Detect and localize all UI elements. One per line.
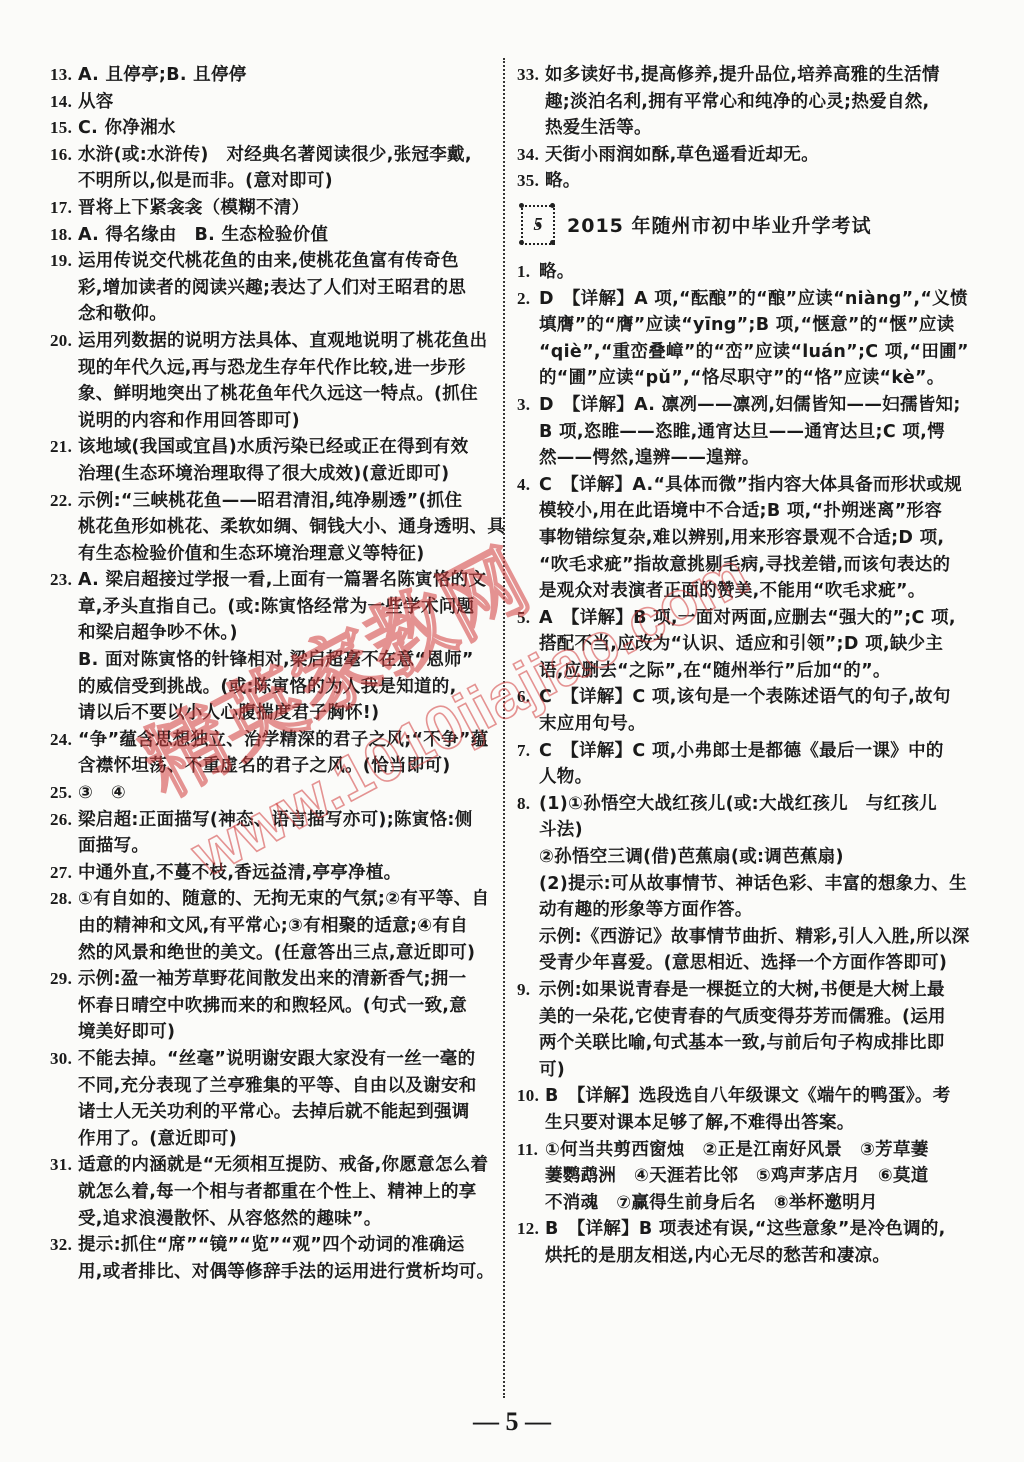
answer-text-line: 示例:《西游记》故事情节曲折、精彩,引人入胜,所以深 — [539, 924, 979, 951]
answer-number: 34. — [517, 142, 539, 169]
answer-number: 35. — [517, 168, 539, 195]
answer-text-line: A. 梁启超接过学报一看,上面有一篇署名陈寅恪的文 — [78, 567, 490, 594]
answer-text-line: 象、鲜明地突出了桃花鱼年代久远这一特点。(抓住 — [78, 381, 490, 408]
answer-text-line: 受,追求浪漫散怀、从容悠然的趣味”。 — [78, 1206, 490, 1233]
answer-text-line: 示例:“三峡桃花鱼——昭君清泪,纯净剔透”(抓住 — [78, 488, 490, 515]
answer-text-line: 水浒(或:水浒传) 对经典名著阅读很少,张冠李戴, — [78, 142, 490, 169]
answer-number: 4. — [517, 472, 530, 499]
answer-text-line: 搭配不当,应改为“认识、适应和引领”;D 项,缺少主 — [539, 631, 979, 658]
section-number: 5 — [534, 214, 543, 235]
answer-text-line: 趣;淡泊名利,拥有平常心和纯净的心灵;热爱自然, — [545, 89, 979, 116]
answer-text-line: 桃花鱼形如桃花、柔软如绸、铜钱大小、通身透明、具 — [78, 514, 490, 541]
answer-number: 27. — [50, 860, 72, 887]
answer-item: 9.示例:如果说青春是一棵挺立的大树,书便是大树上最美的一朵花,它使青春的气质变… — [517, 977, 979, 1083]
answer-text-line: 提示:抓住“席”“镜”“览”“观”四个动词的准确运 — [78, 1232, 490, 1259]
answer-text-line: 不能去掉。“丝毫”说明谢安跟大家没有一丝一毫的 — [78, 1046, 490, 1073]
answer-text-line: 和梁启超争吵不休。) — [78, 620, 490, 647]
answer-item: 11.①何当共剪西窗烛 ②正是江南好风景 ③芳草萋萋鹦鹉洲 ④天涯若比邻 ⑤鸡声… — [517, 1137, 979, 1217]
answer-text-line: B 项,恣睢——恣睢,通宵达旦——通宵达旦;C 项,愕 — [539, 419, 979, 446]
answer-number: 14. — [50, 89, 72, 116]
right-column-answers-top: 33.如多读好书,提高修养,提升品位,培养高雅的生活情趣;淡泊名利,拥有平常心和… — [517, 62, 979, 195]
answer-text-line: B. 面对陈寅恪的针锋相对,梁启超毫不在意“恩师” — [78, 647, 490, 674]
answer-text-line: 诸士人无关功利的平常心。去掉后就不能起到强调 — [78, 1099, 490, 1126]
answer-text-line: 略。 — [545, 168, 979, 195]
answer-item: 10.B 【详解】选段选自八年级课文《端午的鸭蛋》。考生只要对课本足够了解,不难… — [517, 1083, 979, 1136]
answer-text-line: ③ ④ — [78, 780, 490, 807]
answer-item: 16.水浒(或:水浒传) 对经典名著阅读很少,张冠李戴,不明所以,似是而非。(意… — [50, 142, 490, 195]
answer-text-line: C 【详解】C 项,小弗郎士是都德《最后一课》中的 — [539, 738, 979, 765]
right-column: 33.如多读好书,提高修养,提升品位,培养高雅的生活情趣;淡泊名利,拥有平常心和… — [517, 62, 979, 1270]
answer-number: 31. — [50, 1152, 72, 1179]
left-column: 13.A. 且停亭;B. 且停停14.从容15.C. 你净湘水16.水浒(或:水… — [50, 62, 490, 1285]
right-column-answers-bottom: 1.略。2.D 【详解】A 项,“酝酿”的“酿”应读“niàng”,“义愤填膺”… — [517, 259, 979, 1270]
answer-item: 29.示例:盈一袖芳草野花间散发出来的清新香气;拥一怀春日晴空中吹拂而来的和煦轻… — [50, 966, 490, 1046]
answer-item: 6.C 【详解】C 项,该句是一个表陈述语气的句子,故句末应用句号。 — [517, 684, 979, 737]
answer-text-line: A. 得名缘由 B. 生态检验价值 — [78, 222, 490, 249]
answer-item: 12.B 【详解】B 项表述有误,“这些意象”是冷色调的,烘托的是朋友相送,内心… — [517, 1216, 979, 1269]
answer-item: 27.中通外直,不蔓不枝,香远益清,亭亭净植。 — [50, 860, 490, 887]
answer-number: 33. — [517, 62, 539, 89]
answer-text-line: 适意的内涵就是“无须相互提防、戒备,你愿意怎么着 — [78, 1152, 490, 1179]
answer-text-line: 运用传说交代桃花鱼的由来,使桃花鱼富有传奇色 — [78, 248, 490, 275]
answer-text-line: 热爱生活等。 — [545, 115, 979, 142]
answer-item: 7.C 【详解】C 项,小弗郎士是都德《最后一课》中的人物。 — [517, 738, 979, 791]
answer-text-line: 事物错综复杂,难以辨别,用来形容景观不合适;D 项, — [539, 525, 979, 552]
answer-number: 26. — [50, 807, 72, 834]
answer-text-line: 有生态检验价值和生态环境治理意义等特征) — [78, 541, 490, 568]
answer-text-line: C 【详解】C 项,该句是一个表陈述语气的句子,故句 — [539, 684, 979, 711]
answer-text-line: 彩,增加读者的阅读兴趣;表达了人们对王昭君的思 — [78, 275, 490, 302]
answer-text-line: 不明所以,似是而非。(意对即可) — [78, 168, 490, 195]
answer-text-line: D 【详解】A 项,“酝酿”的“酿”应读“niàng”,“义愤 — [539, 286, 979, 313]
answer-item: 33.如多读好书,提高修养,提升品位,培养高雅的生活情趣;淡泊名利,拥有平常心和… — [517, 62, 979, 142]
answer-text-line: 现的年代久远,再与恐龙生存年代作比较,进一步形 — [78, 355, 490, 382]
answer-text-line: 萋鹦鹉洲 ④天涯若比邻 ⑤鸡声茅店月 ⑥莫道 — [545, 1163, 979, 1190]
answer-text-line: 两个关联比喻,句式基本一致,与前后句子构成排比即 — [539, 1030, 979, 1057]
section-number-badge: 5 — [521, 205, 555, 245]
answer-number: 23. — [50, 567, 72, 594]
answer-text-line: 模较小,用在此语境中不合适;B 项,“扑朔迷离”形容 — [539, 498, 979, 525]
answer-number: 6. — [517, 684, 530, 711]
answer-text-line: B 【详解】B 项表述有误,“这些意象”是冷色调的, — [545, 1216, 979, 1243]
answer-text-line: 人物。 — [539, 764, 979, 791]
answer-item: 20.运用列数据的说明方法具体、直观地说明了桃花鱼出现的年代久远,再与恐龙生存年… — [50, 328, 490, 434]
answer-text-line: 不消魂 ⑦赢得生前身后名 ⑧举杯邀明月 — [545, 1190, 979, 1217]
answer-text-line: 然的风景和绝世的美文。(任意答出三点,意近即可) — [78, 940, 490, 967]
answer-number: 17. — [50, 195, 72, 222]
answer-text-line: “争”蕴含思想独立、治学精深的君子之风;“不争”蕴 — [78, 727, 490, 754]
answer-item: 34.天街小雨润如酥,草色遥看近却无。 — [517, 142, 979, 169]
section-heading: 5 2015 年随州市初中毕业升学考试 — [517, 203, 979, 247]
answer-number: 24. — [50, 727, 72, 754]
answer-number: 20. — [50, 328, 72, 355]
answer-text-line: C 【详解】A.“具体而微”指内容大体具备而形状或规 — [539, 472, 979, 499]
answer-number: 5. — [517, 605, 530, 632]
answer-item: 17.晋将上下紧衾衾（模糊不清） — [50, 195, 490, 222]
answer-text-line: ①何当共剪西窗烛 ②正是江南好风景 ③芳草萋 — [545, 1137, 979, 1164]
answer-text-line: 中通外直,不蔓不枝,香远益清,亭亭净植。 — [78, 860, 490, 887]
answer-item: 28.①有自如的、随意的、无拘无束的气氛;②有平等、自由的精神和文风,有平常心;… — [50, 886, 490, 966]
answer-item: 35.略。 — [517, 168, 979, 195]
answer-text-line: 如多读好书,提高修养,提升品位,培养高雅的生活情 — [545, 62, 979, 89]
answer-text-line: B 【详解】选段选自八年级课文《端午的鸭蛋》。考 — [545, 1083, 979, 1110]
answer-text-line: 语,应删去“之际”,在“随州举行”后加“的”。 — [539, 658, 979, 685]
answer-number: 32. — [50, 1232, 72, 1259]
answer-item: 22.示例:“三峡桃花鱼——昭君清泪,纯净剔透”(抓住桃花鱼形如桃花、柔软如绸、… — [50, 488, 490, 568]
answer-text-line: 面描写。 — [78, 833, 490, 860]
answer-text-line: “qiè”,“重峦叠嶂”的“峦”应读“luán”;C 项,“田圃” — [539, 339, 979, 366]
answer-number: 21. — [50, 434, 72, 461]
answer-text-line: A 【详解】B 项,一面对两面,应删去“强大的”;C 项, — [539, 605, 979, 632]
answer-item: 2.D 【详解】A 项,“酝酿”的“酿”应读“niàng”,“义愤填膺”的“膺”… — [517, 286, 979, 392]
answer-number: 18. — [50, 222, 72, 249]
answer-text-line: 从容 — [78, 89, 490, 116]
answer-text-line: A. 且停亭;B. 且停停 — [78, 62, 490, 89]
answer-text-line: 梁启超:正面描写(神态、语言描写亦可);陈寅恪:侧 — [78, 807, 490, 834]
answer-text-line: 动有趣的形象等方面作答。 — [539, 897, 979, 924]
answer-text-line: 的威信受到挑战。(或:陈寅恪的为人我是知道的, — [78, 674, 490, 701]
answer-text-line: 末应用句号。 — [539, 711, 979, 738]
answer-item: 19.运用传说交代桃花鱼的由来,使桃花鱼富有传奇色彩,增加读者的阅读兴趣;表达了… — [50, 248, 490, 328]
answer-number: 12. — [517, 1216, 539, 1243]
answer-text-line: 就怎么着,每一个相与者都重在个性上、精神上的享 — [78, 1179, 490, 1206]
answer-text-line: 境美好即可) — [78, 1019, 490, 1046]
answer-number: 9. — [517, 977, 530, 1004]
answer-text-line: 章,矛头直指自己。(或:陈寅恪经常为一些学术问题 — [78, 594, 490, 621]
answer-number: 13. — [50, 62, 72, 89]
answer-text-line: D 【详解】A. 凛冽——凛冽,妇儒皆知——妇孺皆知; — [539, 392, 979, 419]
answer-item: 13.A. 且停亭;B. 且停停 — [50, 62, 490, 89]
answer-text-line: 请以后不要以小人心腹揣度君子胸怀!) — [78, 700, 490, 727]
answer-text-line: (2)提示:可从故事情节、神话色彩、丰富的想象力、生 — [539, 871, 979, 898]
answer-text-line: 的“圃”应读“pǔ”,“恪尽职守”的“恪”应读“kè”。 — [539, 365, 979, 392]
answer-text-line: 不同,充分表现了兰亭雅集的平等、自由以及谢安和 — [78, 1073, 490, 1100]
answer-item: 30.不能去掉。“丝毫”说明谢安跟大家没有一丝一毫的不同,充分表现了兰亭雅集的平… — [50, 1046, 490, 1152]
answer-text-line: (1)①孙悟空大战红孩儿(或:大战红孩儿 与红孩儿 — [539, 791, 979, 818]
answer-text-line: ②孙悟空三调(借)芭蕉扇(或:调芭蕉扇) — [539, 844, 979, 871]
answer-text-line: 斗法) — [539, 817, 979, 844]
answer-item: 23.A. 梁启超接过学报一看,上面有一篇署名陈寅恪的文章,矛头直指自己。(或:… — [50, 567, 490, 727]
answer-text-line: 作用了。(意近即可) — [78, 1126, 490, 1153]
answer-number: 11. — [517, 1137, 538, 1164]
answer-item: 26.梁启超:正面描写(神态、语言描写亦可);陈寅恪:侧面描写。 — [50, 807, 490, 860]
answer-number: 29. — [50, 966, 72, 993]
answer-text-line: 示例:盈一袖芳草野花间散发出来的清新香气;拥一 — [78, 966, 490, 993]
answer-number: 19. — [50, 248, 72, 275]
answer-text-line: 略。 — [539, 259, 979, 286]
answer-item: 31.适意的内涵就是“无须相互提防、戒备,你愿意怎么着就怎么着,每一个相与者都重… — [50, 1152, 490, 1232]
answer-item: 4.C 【详解】A.“具体而微”指内容大体具备而形状或规模较小,用在此语境中不合… — [517, 472, 979, 605]
answer-number: 15. — [50, 115, 72, 142]
answer-text-line: 晋将上下紧衾衾（模糊不清） — [78, 195, 490, 222]
page-number: — 5 — — [0, 1407, 1024, 1437]
answer-item: 3.D 【详解】A. 凛冽——凛冽,妇儒皆知——妇孺皆知;B 项,恣睢——恣睢,… — [517, 392, 979, 472]
answer-number: 16. — [50, 142, 72, 169]
answer-text-line: 美的一朵花,它使青春的气质变得芬芳而儒雅。(运用 — [539, 1004, 979, 1031]
answer-text-line: “吹毛求疵”指故意挑剔毛病,寻找差错,而该句表达的 — [539, 552, 979, 579]
answer-number: 22. — [50, 488, 72, 515]
answer-text-line: 念和敬仰。 — [78, 301, 490, 328]
answer-text-line: 用,或者排比、对偶等修辞手法的运用进行赏析均可。 — [78, 1259, 490, 1286]
answer-item: 15.C. 你净湘水 — [50, 115, 490, 142]
answer-item: 5.A 【详解】B 项,一面对两面,应删去“强大的”;C 项,搭配不当,应改为“… — [517, 605, 979, 685]
answer-text-line: 治理(生态环境治理取得了很大成效)(意近即可) — [78, 461, 490, 488]
answer-text-line: 示例:如果说青春是一棵挺立的大树,书便是大树上最 — [539, 977, 979, 1004]
answer-text-line: 运用列数据的说明方法具体、直观地说明了桃花鱼出 — [78, 328, 490, 355]
answer-text-line: 然——愕然,遑辨——遑辩。 — [539, 445, 979, 472]
answer-number: 2. — [517, 286, 530, 313]
answer-number: 1. — [517, 259, 530, 286]
answer-key-page: 13.A. 且停亭;B. 且停停14.从容15.C. 你净湘水16.水浒(或:水… — [0, 0, 1024, 1462]
answer-number: 8. — [517, 791, 530, 818]
answer-text-line: 填膺”的“膺”应读“yīng”;B 项,“惬意”的“惬”应读 — [539, 312, 979, 339]
answer-item: 21.该地域(我国或宜昌)水质污染已经或正在得到有效治理(生态环境治理取得了很大… — [50, 434, 490, 487]
answer-item: 14.从容 — [50, 89, 490, 116]
answer-number: 3. — [517, 392, 530, 419]
answer-number: 10. — [517, 1083, 539, 1110]
answer-item: 24.“争”蕴含思想独立、治学精深的君子之风;“不争”蕴含襟怀坦荡、不重虚名的君… — [50, 727, 490, 780]
answer-text-line: 含襟怀坦荡、不重虚名的君子之风。(恰当即可) — [78, 753, 490, 780]
answer-text-line: 该地域(我国或宜昌)水质污染已经或正在得到有效 — [78, 434, 490, 461]
answer-item: 1.略。 — [517, 259, 979, 286]
answer-text-line: 烘托的是朋友相送,内心无尽的愁苦和凄凉。 — [545, 1243, 979, 1270]
answer-item: 18.A. 得名缘由 B. 生态检验价值 — [50, 222, 490, 249]
answer-text-line: 可) — [539, 1057, 979, 1084]
answer-text-line: 生只要对课本足够了解,不难得出答案。 — [545, 1110, 979, 1137]
answer-number: 28. — [50, 886, 72, 913]
answer-text-line: 天街小雨润如酥,草色遥看近却无。 — [545, 142, 979, 169]
answer-number: 30. — [50, 1046, 72, 1073]
answer-item: 32.提示:抓住“席”“镜”“览”“观”四个动词的准确运用,或者排比、对偶等修辞… — [50, 1232, 490, 1285]
column-divider — [503, 58, 505, 1398]
answer-text-line: 怀春日晴空中吹拂而来的和煦轻风。(句式一致,意 — [78, 993, 490, 1020]
answer-text-line: 是观众对表演者正面的赞美,不能用“吹毛求疵”。 — [539, 578, 979, 605]
answer-text-line: 由的精神和文风,有平常心;③有相聚的适意;④有自 — [78, 913, 490, 940]
answer-number: 7. — [517, 738, 530, 765]
answer-text-line: ①有自如的、随意的、无拘无束的气氛;②有平等、自 — [78, 886, 490, 913]
answer-item: 25.③ ④ — [50, 780, 490, 807]
answer-number: 25. — [50, 780, 72, 807]
answer-text-line: C. 你净湘水 — [78, 115, 490, 142]
answer-text-line: 受青少年喜爱。(意思相近、选择一个方面作答即可) — [539, 950, 979, 977]
answer-text-line: 说明的内容和作用回答即可) — [78, 408, 490, 435]
section-title: 2015 年随州市初中毕业升学考试 — [567, 211, 872, 238]
answer-item: 8.(1)①孙悟空大战红孩儿(或:大战红孩儿 与红孩儿斗法)②孙悟空三调(借)芭… — [517, 791, 979, 977]
